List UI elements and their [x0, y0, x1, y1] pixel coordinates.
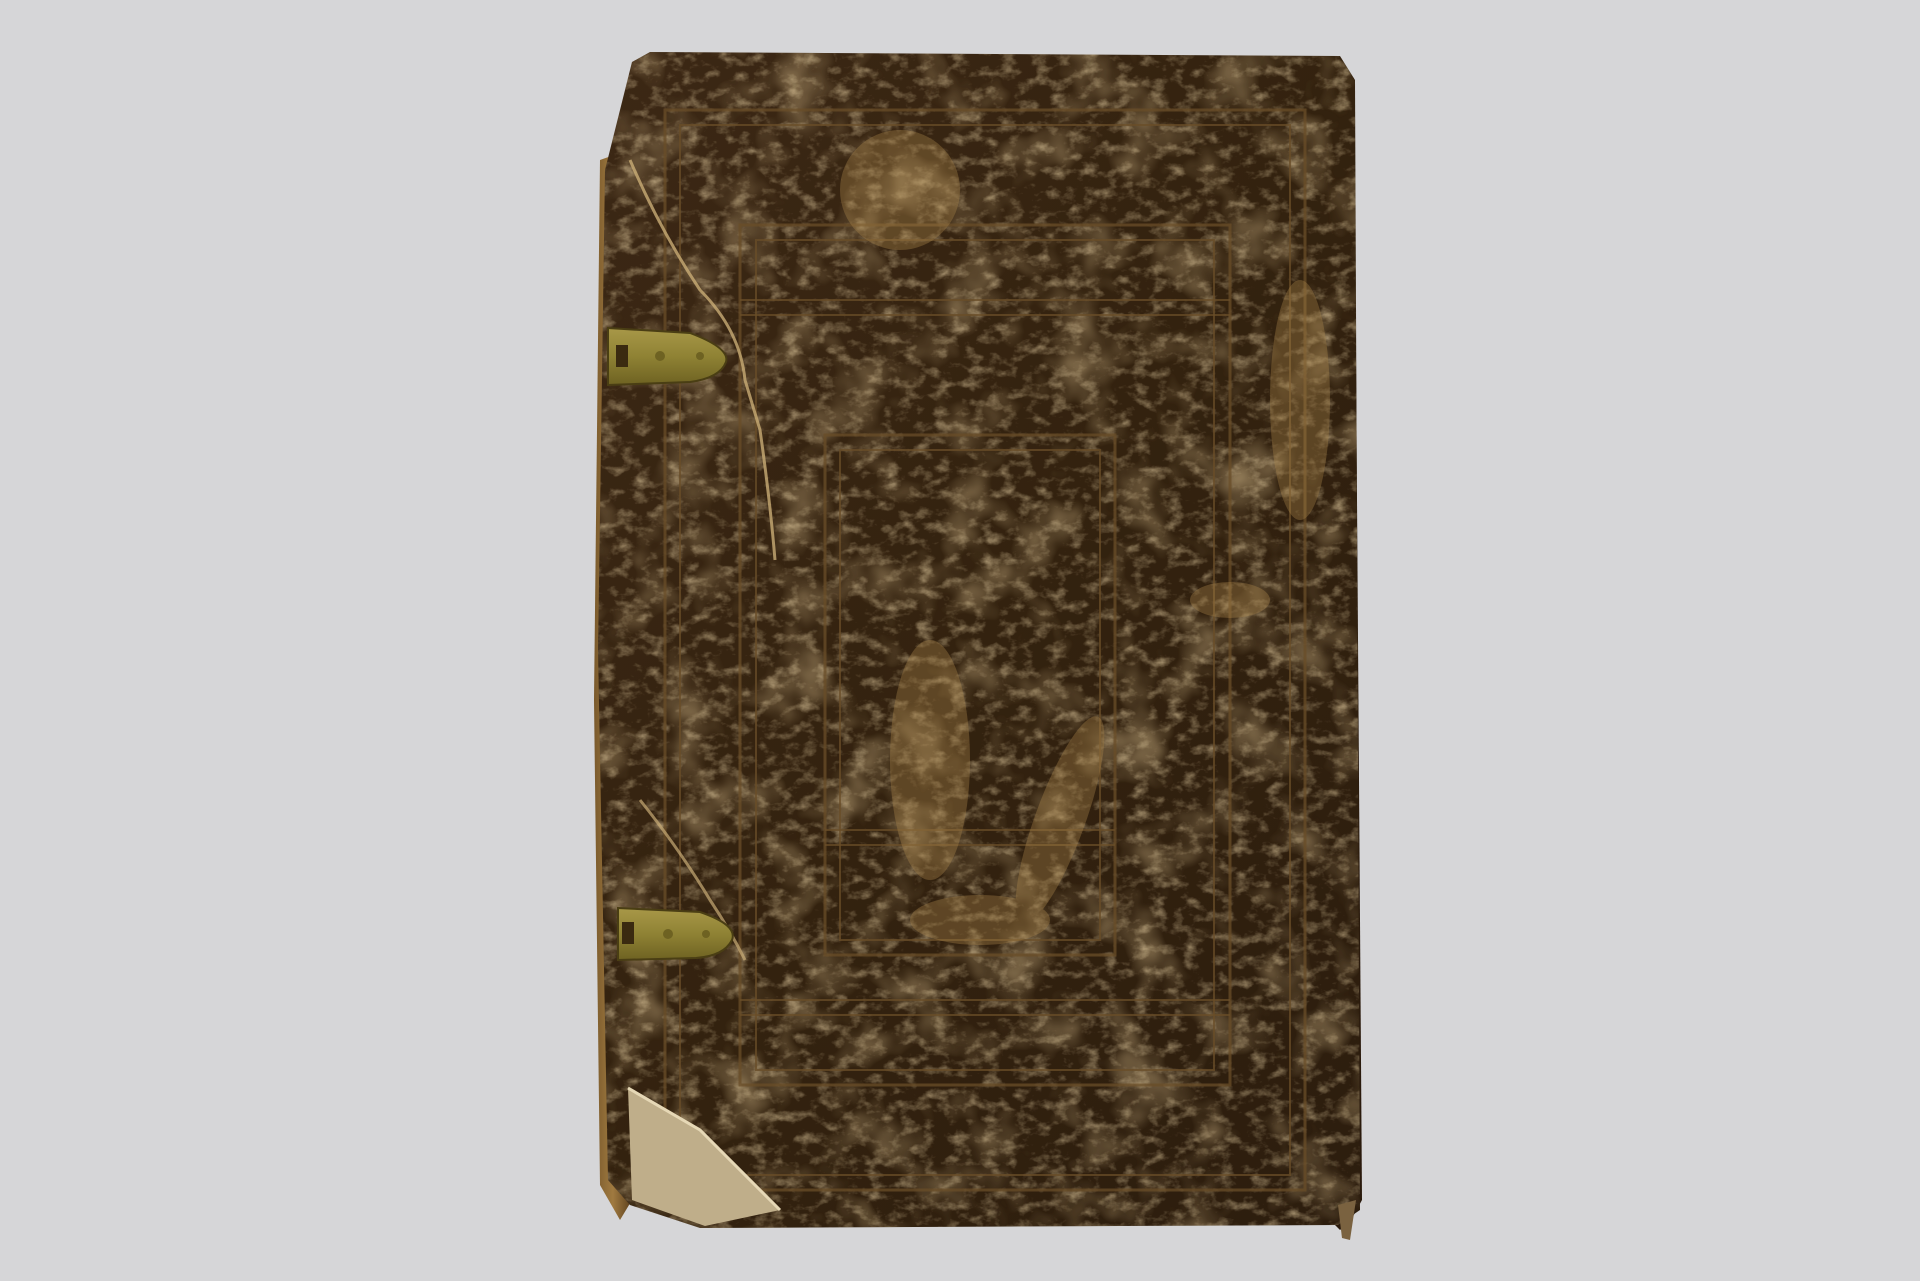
front-cover: [590, 40, 1370, 1240]
frayed-corner: [1338, 1200, 1356, 1240]
photo-stage: antique leather-bound book, front cover: [0, 0, 1920, 1281]
book-photo: [0, 0, 1920, 1281]
